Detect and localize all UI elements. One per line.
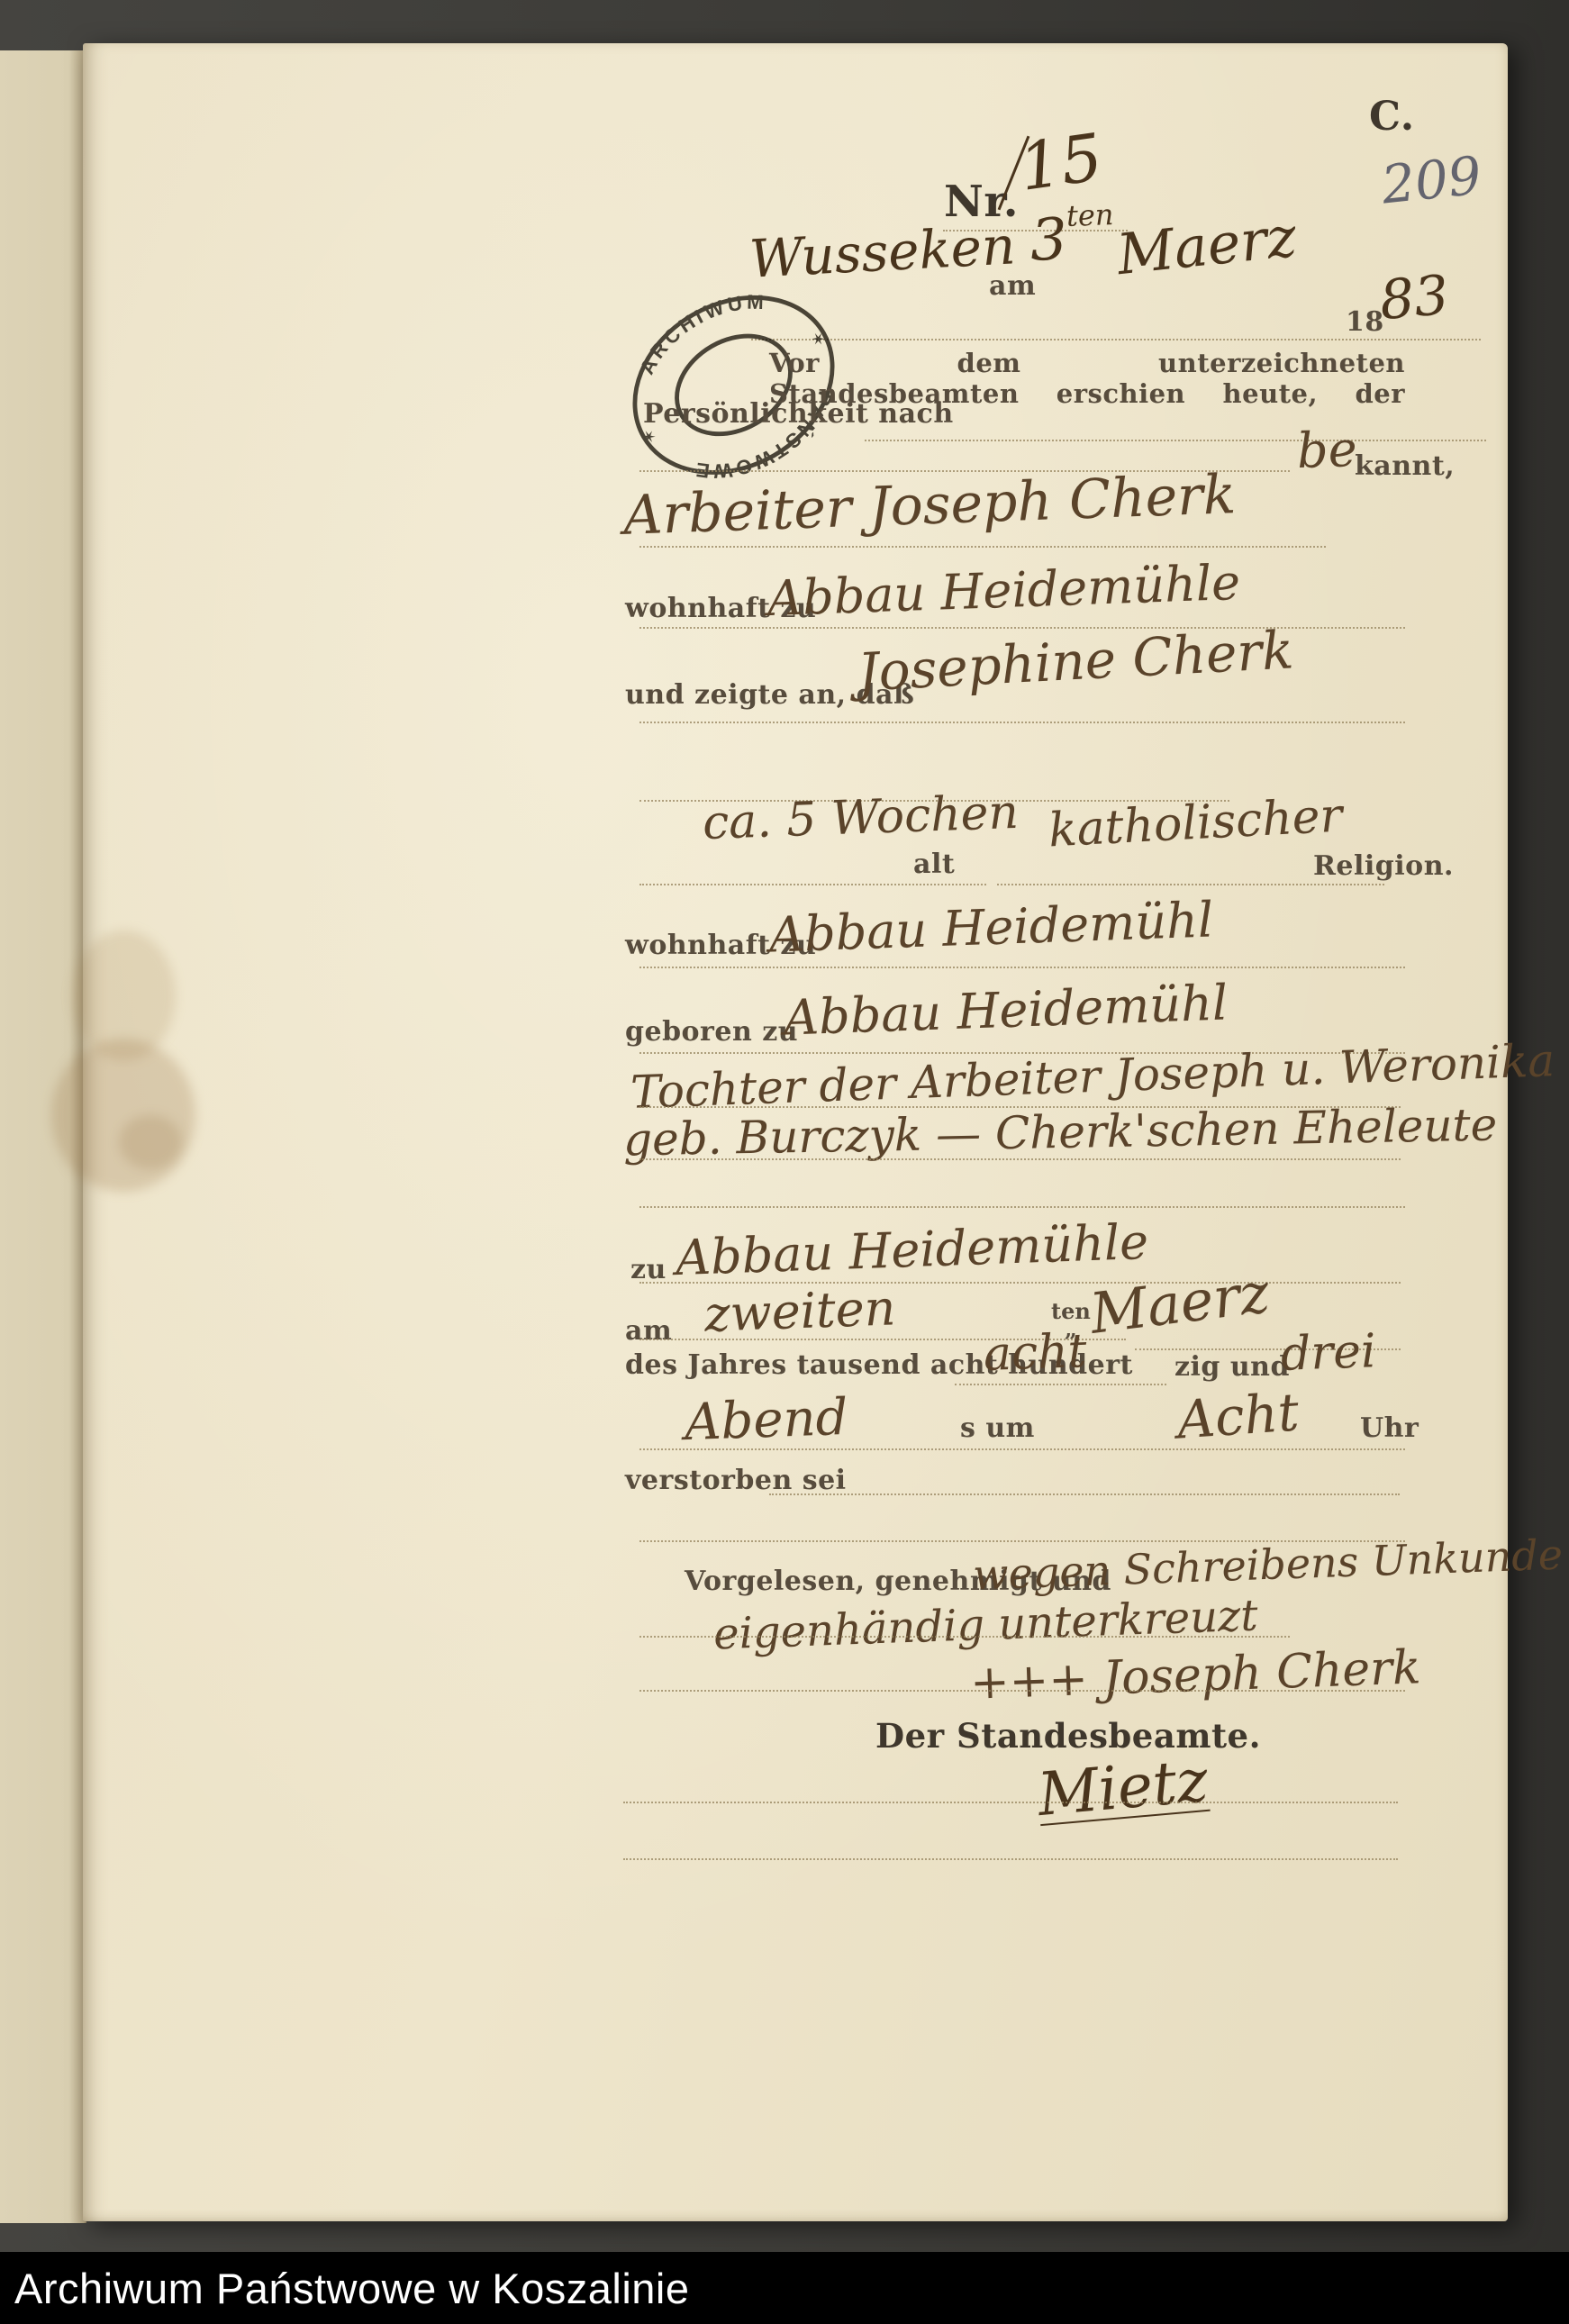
- death-daytime-handwritten: Abend: [684, 1388, 849, 1452]
- death-place-label: zu: [630, 1254, 667, 1285]
- death-year-zig-label: zig und: [1174, 1351, 1290, 1383]
- record-number-value: 15: [1015, 119, 1107, 205]
- witness-marks-handwritten: +++ Joseph Cherk: [969, 1640, 1421, 1710]
- uhr-label: Uhr: [1360, 1412, 1419, 1444]
- alt-label: alt: [913, 849, 955, 880]
- deceased-residence-handwritten: Abbau Heidemühl: [768, 891, 1214, 963]
- known-printed: kannt,: [1355, 450, 1455, 482]
- dotted-line: [639, 1282, 1401, 1284]
- form-letter: C.: [1369, 94, 1415, 140]
- residence-handwritten: Abbau Heidemühle: [766, 554, 1241, 627]
- day-handwritten: 3: [1029, 206, 1068, 274]
- dotted-line: [639, 1690, 1405, 1692]
- dotted-line: [997, 884, 1384, 885]
- religion-label: Religion.: [1313, 850, 1454, 882]
- birthplace-label: geboren zu: [625, 1016, 798, 1048]
- dotted-line: [751, 339, 1481, 340]
- dotted-line: [623, 1858, 1398, 1860]
- am-label: am: [989, 270, 1036, 302]
- death-hour-handwritten: Acht: [1175, 1381, 1301, 1450]
- death-day-handwritten: zweiten: [703, 1279, 896, 1342]
- stamp-top-text: ARCHIWUM: [623, 270, 776, 384]
- death-record-page: C. 209 Nr. 15 Wusseken am 3 ten Maerz 18…: [83, 43, 1508, 2221]
- identity-label: Persönlichkeit nach: [643, 398, 954, 430]
- deceased-name-handwritten: Josephine Cherk: [857, 619, 1295, 703]
- death-year-tens-handwritten: acht: [983, 1324, 1088, 1382]
- s-um-label: s um: [960, 1412, 1035, 1444]
- dotted-line: [955, 1384, 1166, 1385]
- death-year-units-handwritten: drei: [1280, 1324, 1377, 1382]
- birthplace-handwritten: Abbau Heidemühl: [783, 974, 1229, 1046]
- registrar-signature: Mietz: [1035, 1746, 1211, 1829]
- archive-footer-bar: Archiwum Państwowe w Koszalinie: [0, 2252, 1569, 2324]
- verstorben-label: verstorben sei: [625, 1465, 847, 1496]
- svg-text:ARCHIWUM: ARCHIWUM: [623, 270, 776, 384]
- archive-page-number: 209: [1379, 144, 1484, 215]
- dotted-line: [639, 1448, 1405, 1450]
- dotted-line: [769, 1493, 1400, 1495]
- death-day-label: am: [625, 1315, 672, 1347]
- dotted-line: [639, 1158, 1401, 1160]
- paper-stain: [51, 1039, 195, 1192]
- dotted-line: [639, 967, 1405, 968]
- archive-footer-label: Archiwum Państwowe w Koszalinie: [14, 2264, 690, 2313]
- month-handwritten: Maerz: [1114, 204, 1300, 287]
- age-handwritten: ca. 5 Wochen: [702, 785, 1020, 850]
- dotted-line: [865, 440, 1486, 441]
- death-place-handwritten: Abbau Heidemühle: [675, 1213, 1149, 1286]
- death-month-handwritten: Maerz: [1086, 1259, 1273, 1347]
- known-handwritten: be: [1296, 421, 1358, 479]
- year-handwritten-suffix: 83: [1377, 264, 1451, 332]
- dotted-line: [639, 1206, 1405, 1208]
- year-printed-prefix: 18: [1346, 306, 1384, 338]
- dotted-line: [623, 1802, 1398, 1803]
- day-suffix-handwritten: ten: [1066, 197, 1114, 233]
- dotted-line: [639, 1636, 1290, 1638]
- paper-stain: [119, 1115, 182, 1169]
- dotted-line: [639, 722, 1405, 723]
- dotted-line: [639, 884, 986, 885]
- dotted-line: [639, 546, 1326, 548]
